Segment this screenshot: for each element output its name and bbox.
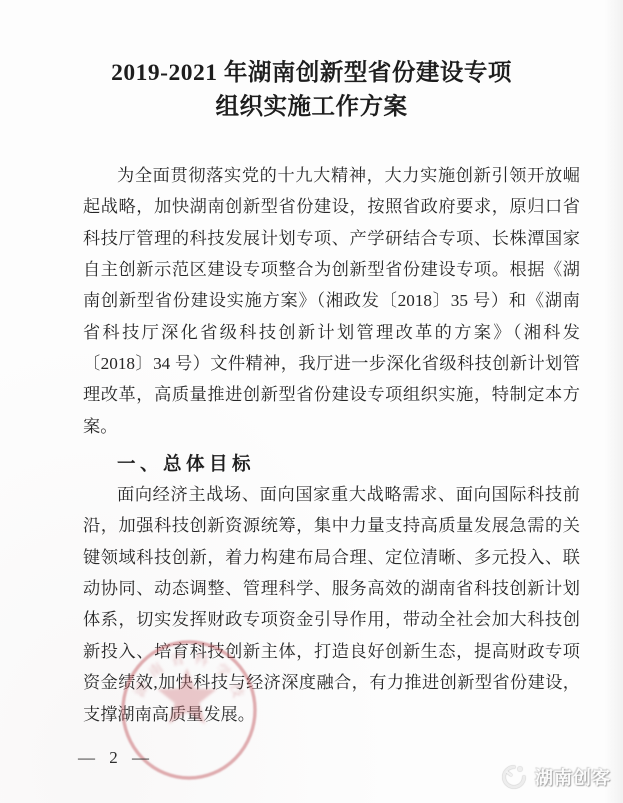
paragraph1-line: 科技厅管理的科技发展计划专项、产学研结合专项、长株潭国家 [83,223,580,254]
document-title-line1: 2019-2021 年湖南创新型省份建设专项 [0,56,623,90]
paragraph1-line: 南创新型省份建设实施方案》（湘政发〔2018〕35 号）和《湖南 [83,285,580,316]
paragraph2-line: 新投入、培育科技创新主体，打造良好创新生态，提高财政专项 [83,636,580,667]
paragraph2-line: 资金绩效,加快科技与经济深度融合，有力推进创新型省份建设， [83,667,580,698]
paragraph1-line: 案。 [83,411,580,442]
page-number: — 2 — [78,748,154,768]
document-body: 为全面贯彻落实党的十九大精神，大力实施创新引领开放崛 起战略，加快湖南创新型省份… [83,160,580,730]
paragraph1-line: 为全面贯彻落实党的十九大精神，大力实施创新引领开放崛 [83,160,580,191]
hunan-chuangke-logo-icon [500,763,528,791]
paragraph1-line: 起战略，加快湖南创新型省份建设，按照省政府要求，原归口省 [83,191,580,222]
paragraph1-line: 自主创新示范区建设专项整合为创新型省份建设专项。根据《湖 [83,254,580,285]
scanned-document-page: 2019-2021 年湖南创新型省份建设专项 组织实施工作方案 为全面贯彻落实党… [0,0,623,803]
paragraph2-line: 支撑湖南高质量发展。 [83,699,580,730]
watermark-text: 湖南创客 [535,764,611,790]
paragraph2-line: 动协同、动态调整、管理科学、服务高效的湖南省科技创新计划 [83,573,580,604]
paragraph2-line: 体系，切实发挥财政专项资金引导作用，带动全社会加大科技创 [83,604,580,635]
document-title: 2019-2021 年湖南创新型省份建设专项 组织实施工作方案 [0,56,623,124]
paragraph1-line: 省科技厅深化省级科技创新计划管理改革的方案》（湘科发 [83,317,580,348]
paragraph1-line: 理改革，高质量推进创新型省份建设专项组织实施，特制定本方 [83,379,580,410]
paragraph1-line: 〔2018〕34 号）文件精神，我厅进一步深化省级科技创新计划管 [83,348,580,379]
watermark: 湖南创客 [500,763,611,791]
section-heading: 一、总体目标 [83,448,580,479]
paragraph2-line: 键领域科技创新，着力构建布局合理、定位清晰、多元投入、联 [83,542,580,573]
document-title-line2: 组织实施工作方案 [0,90,623,124]
paragraph2-line: 面向经济主战场、面向国家重大战略需求、面向国际科技前 [83,479,580,510]
paragraph2-line: 沿，加强科技创新资源统筹，集中力量支持高质量发展急需的关 [83,510,580,541]
